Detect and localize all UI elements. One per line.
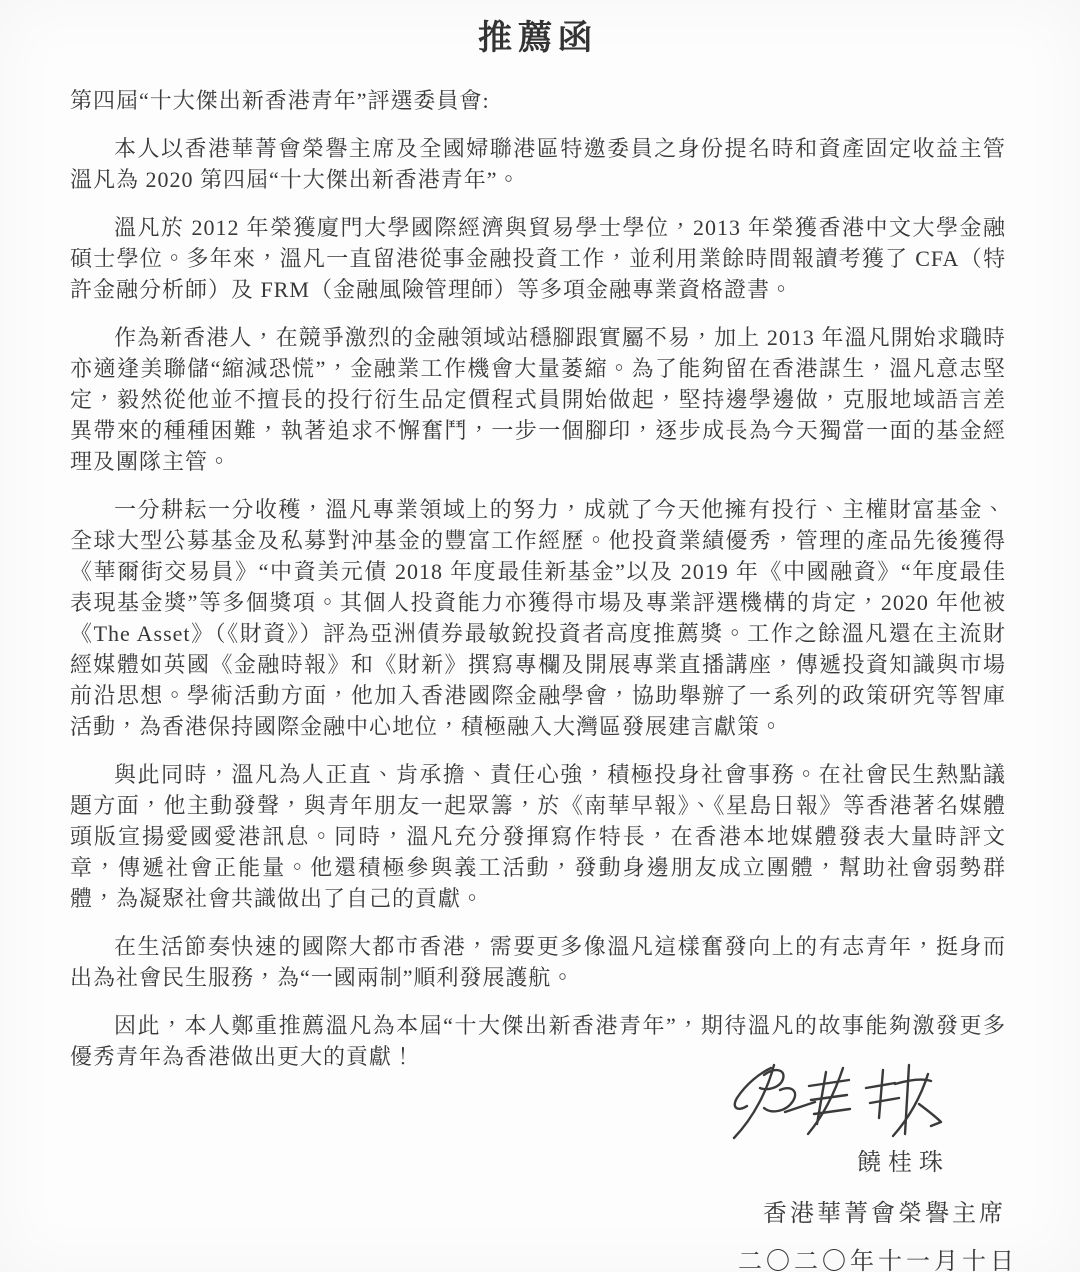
salutation: 第四屆“十大傑出新香港青年”評選委員會: — [70, 85, 1006, 116]
signature-date: 二〇二〇年十一月十日 — [738, 1241, 1018, 1272]
paragraph-community: 與此同時，溫凡為人正直、肯承擔、責任心強，積極投身社會事務。在社會民生熱點議題方… — [70, 759, 1006, 914]
paragraph-hongkong: 在生活節奏快速的國際大都市香港，需要更多像溫凡這樣奮發向上的有志青年，挺身而出為… — [70, 931, 1006, 993]
signature-block: 饒桂珠 香港華菁會榮譽主席 二〇二〇年十一月十日 — [70, 1058, 1006, 1272]
signer-printed-name: 饒桂珠 — [857, 1142, 950, 1177]
paragraph-achievements: 一分耕耘一分收穫，溫凡專業領域上的努力，成就了今天他擁有投行、主權財富基金、全球… — [70, 494, 1006, 742]
letter-title: 推薦函 — [70, 10, 1006, 59]
signer-title: 香港華菁會榮譽主席 — [763, 1193, 1006, 1228]
paragraph-education: 溫凡於 2012 年榮獲廈門大學國際經濟與貿易學士學位，2013 年榮獲香港中文… — [70, 212, 1006, 305]
handwritten-signature — [722, 1058, 958, 1150]
recommendation-letter-page: 推薦函 第四屆“十大傑出新香港青年”評選委員會: 本人以香港華菁會榮譽主席及全國… — [0, 0, 1080, 1272]
paragraph-career-start: 作為新香港人，在競爭激烈的金融領域站穩腳跟實屬不易，加上 2013 年溫凡開始求… — [70, 322, 1006, 477]
paragraph-nomination: 本人以香港華菁會榮譽主席及全國婦聯港區特邀委員之身份提名時和資產固定收益主管溫凡… — [70, 133, 1006, 195]
